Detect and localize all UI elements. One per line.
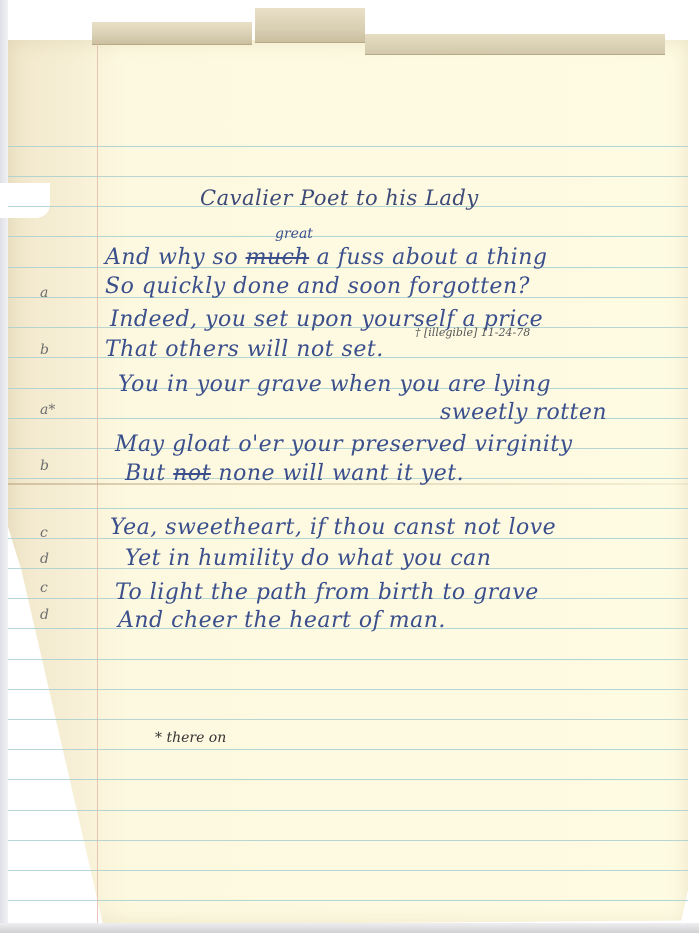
rhyme-scheme-letter: d xyxy=(40,551,49,567)
line-text: set. xyxy=(334,337,384,362)
poem-line: You in your grave when you are lying xyxy=(118,372,551,397)
line-text: And why so xyxy=(105,245,246,270)
poem-line: Yea, sweetheart, if thou canst not love xyxy=(110,515,556,540)
line-text: none will want it yet. xyxy=(211,461,464,486)
poem-line: That others will not set. xyxy=(105,337,384,362)
poem-line: May gloat o'er your preserved virginity xyxy=(115,432,573,457)
ruled-line xyxy=(8,176,688,177)
poem-line: So quickly done and soon forgotten? xyxy=(105,274,530,299)
torn-top-edge xyxy=(255,8,365,43)
inserted-word: great xyxy=(275,226,313,242)
torn-top-edge xyxy=(92,22,252,45)
ruled-line xyxy=(8,146,688,147)
poem-line: And cheer the heart of man. xyxy=(118,608,446,633)
rhyme-scheme-letter: c xyxy=(40,525,48,541)
ruled-line xyxy=(8,659,688,660)
rhyme-scheme-letter: a xyxy=(40,285,48,301)
line-text: That others will not xyxy=(105,337,334,362)
ruled-line xyxy=(8,900,688,901)
ruled-line xyxy=(8,508,688,509)
torn-top-edge xyxy=(365,34,665,55)
ruled-line xyxy=(8,719,688,720)
rhyme-scheme-letter: b xyxy=(40,458,49,474)
scan-left-edge xyxy=(0,0,8,933)
ruled-line xyxy=(8,779,688,780)
line-text: a fuss about a thing xyxy=(309,245,547,270)
line-text: But xyxy=(125,461,173,486)
ruled-line xyxy=(8,810,688,811)
ruled-line xyxy=(8,749,688,750)
poem-title: Cavalier Poet to his Lady xyxy=(200,186,479,210)
footnote: * there on xyxy=(155,730,226,746)
poem-line: sweetly rotten xyxy=(440,400,607,425)
rhyme-scheme-letter: a* xyxy=(40,402,55,418)
ruled-line xyxy=(8,840,688,841)
ruled-line xyxy=(8,870,688,871)
poem-line: To light the path from birth to grave xyxy=(115,580,539,605)
struck-word: not xyxy=(173,461,211,486)
scan-bottom-edge xyxy=(0,923,699,933)
page-tear-notch xyxy=(0,183,50,218)
ruled-line xyxy=(8,236,688,237)
poem-line: Yet in humility do what you can xyxy=(125,546,491,571)
rhyme-scheme-letter: c xyxy=(40,580,48,596)
pencil-annotation: † [illegible] 11-24-78 xyxy=(415,326,530,339)
rhyme-scheme-letter: d xyxy=(40,607,49,623)
rhyme-scheme-letter: b xyxy=(40,342,49,358)
ruled-line xyxy=(8,689,688,690)
struck-word: much xyxy=(246,245,310,270)
poem-line: But not none will want it yet. xyxy=(125,461,464,486)
poem-line: And why so much a fuss about a thing xyxy=(105,245,547,270)
